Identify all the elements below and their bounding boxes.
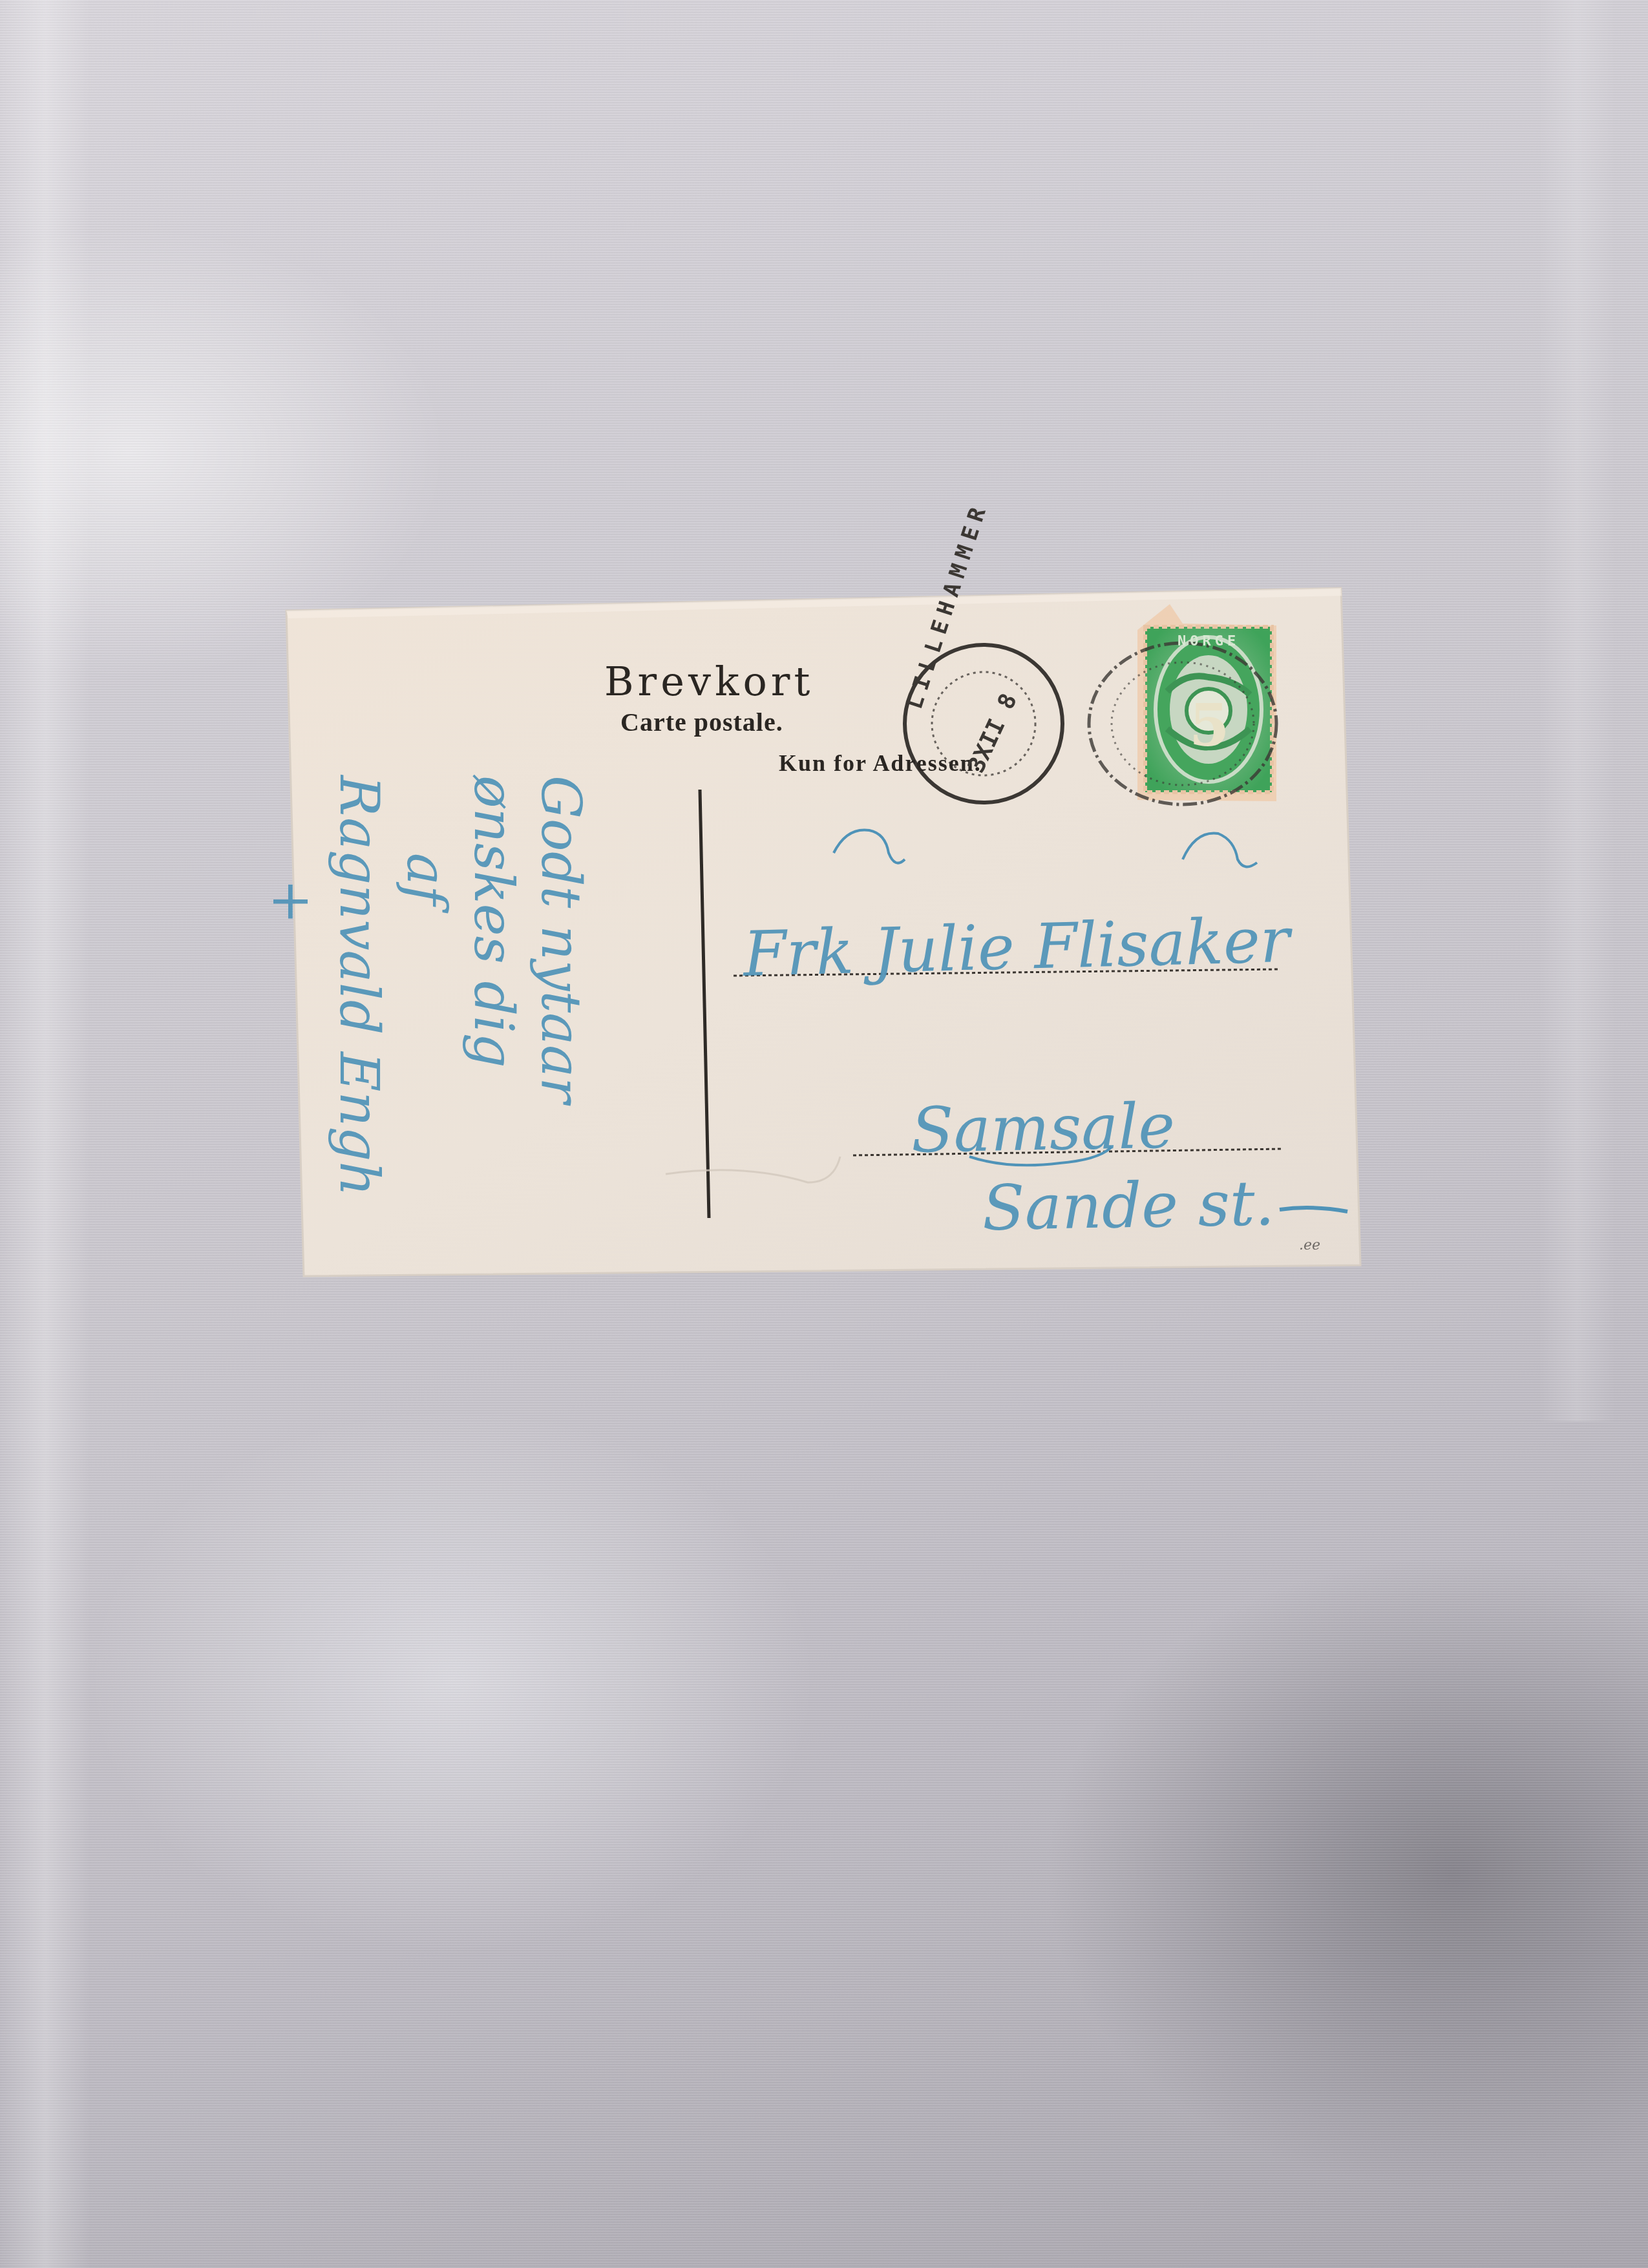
address-line-3: Sande st. (982, 1167, 1275, 1244)
address-line-1: Frk Julie Flisaker (743, 904, 1291, 991)
message-line: Godt nytaar (527, 775, 595, 1266)
postmark (884, 645, 1062, 803)
handwritten-message: Godt nytaar ønskes dig af Ragnvald Engh … (129, 775, 595, 1266)
postmark-date: 3XII 8 (963, 689, 1022, 777)
divider-line (700, 790, 709, 1218)
sleeve-glare (1538, 0, 1616, 1422)
postmark-town: LILLEHAMMER (902, 498, 993, 712)
postcard: Brevkort Carte postale. Kun for Adressen… (0, 0, 1648, 2268)
card-subtitle: Carte postale. (620, 707, 783, 737)
postage-stamp (1145, 627, 1272, 792)
stamp-country: NORGE (1178, 633, 1240, 649)
scanner-background-texture (0, 0, 1648, 2268)
postcard-body (0, 0, 1648, 2268)
message-line: ønskes dig (460, 775, 527, 1266)
message-line: af (393, 775, 460, 1266)
message-line: Ragnvald Engh (326, 775, 393, 1266)
address-line-2: Samsale (911, 1089, 1176, 1166)
card-title: Brevkort (604, 658, 814, 705)
message-line: + (259, 775, 326, 1266)
address-label: Kun for Adressen. (779, 750, 982, 777)
sleeve-glare (0, 0, 90, 2268)
stamp-value: 5 (1189, 691, 1230, 760)
pencil-note: .ee (1299, 1237, 1320, 1254)
